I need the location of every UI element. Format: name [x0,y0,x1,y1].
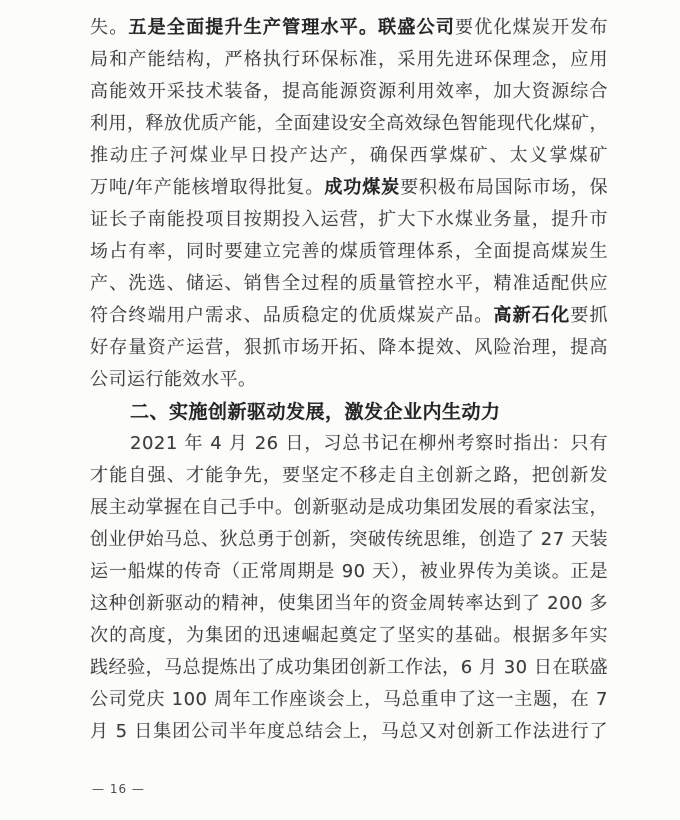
text-line: 高能效开采技术装备，提高能源资源利用效率，加大资源综合 [90,76,608,108]
text-run: 符合终端用户需求、品质稳定的优质煤炭产品。 [90,305,493,326]
text-line: 运一船煤的传奇（正常周期是 90 天），被业界传为美谈。正是 [90,556,608,588]
text-run: 这种创新驱动的精神，使集团当年的资金周转率达到了 200 多 [90,593,608,614]
text-run: 利用，释放优质产能，全面建设安全高效绿色智能现代化煤矿， [90,113,608,134]
text-run: 要抓 [570,305,608,326]
text-line: 次的高度，为集团的迅速崛起奠定了坚实的基础。根据多年实 [90,620,608,652]
text-run: 高新石化 [493,305,570,326]
text-line: 展主动掌握在自己手中。创新驱动是成功集团发展的看家法宝， [90,492,608,524]
document-body: 失。五是全面提升生产管理水平。联盛公司要优化煤炭开发布局和产能结构，严格执行环保… [90,12,608,748]
text-run: 践经验，马总提炼出了成功集团创新工作法，6 月 30 日在联盛 [90,657,608,678]
text-line: 公司党庆 100 周年工作座谈会上，马总重申了这一主题，在 7 [90,684,608,716]
text-line: 才能自强、才能争先，要坚定不移走自主创新之路，把创新发 [90,460,608,492]
text-run: 万吨/年产能核增取得批复。 [90,177,324,198]
text-line: 月 5 日集团公司半年度总结会上，马总又对创新工作法进行了 [90,716,608,748]
text-line: 证长子南能投项目按期投入运营，扩大下水煤业务量，提升市 [90,204,608,236]
text-line: 好存量资产运营，狠抓市场开拓、降本提效、风险治理，提高 [90,332,608,364]
text-line: 这种创新驱动的精神，使集团当年的资金周转率达到了 200 多 [90,588,608,620]
text-line: 利用，释放优质产能，全面建设安全高效绿色智能现代化煤矿， [90,108,608,140]
text-line: 符合终端用户需求、品质稳定的优质煤炭产品。高新石化要抓 [90,300,608,332]
text-run: 失。 [90,17,128,38]
section-heading: 二、实施创新驱动发展，激发企业内生动力 [90,396,608,428]
text-run: 次的高度，为集团的迅速崛起奠定了坚实的基础。根据多年实 [90,625,608,646]
text-line: 场占有率，同时要建立完善的煤质管理体系，全面提高煤炭生 [90,236,608,268]
text-run: 场占有率，同时要建立完善的煤质管理体系，全面提高煤炭生 [90,241,608,262]
text-run: 要积极布局国际市场，保 [400,177,608,198]
text-run: 2021 年 4 月 26 日，习总书记在柳州考察时指出：只有创新 [90,433,608,460]
text-line: 万吨/年产能核增取得批复。成功煤炭要积极布局国际市场，保 [90,172,608,204]
text-line: 推动庄子河煤业早日投产达产，确保西掌煤矿、太义掌煤矿 120 [90,140,608,172]
text-run: 高能效开采技术装备，提高能源资源利用效率，加大资源综合 [90,81,608,102]
text-line: 践经验，马总提炼出了成功集团创新工作法，6 月 30 日在联盛 [90,652,608,684]
text-run: 展主动掌握在自己手中。创新驱动是成功集团发展的看家法宝， [90,497,608,518]
text-run: 要优化煤炭开发布 [455,17,608,38]
text-line: 公司运行能效水平。 [90,364,608,396]
text-run: 二、实施创新驱动发展，激发企业内生动力 [130,401,501,423]
text-run: 证长子南能投项目按期投入运营，扩大下水煤业务量，提升市 [90,209,608,230]
text-run: 公司党庆 100 周年工作座谈会上，马总重申了这一主题，在 7 [90,689,608,710]
text-run: 月 5 日集团公司半年度总结会上，马总又对创新工作法进行了 [90,721,608,742]
text-run: 运一船煤的传奇（正常周期是 90 天），被业界传为美谈。正是 [90,561,608,582]
text-run: 产、洗选、储运、销售全过程的质量管控水平，精准适配供应 [90,273,608,294]
text-run: 五是全面提升生产管理水平。联盛公司 [128,17,455,38]
text-run: 创业伊始马总、狄总勇于创新，突破传统思维，创造了 27 天装 [90,529,608,550]
text-run: 推动庄子河煤业早日投产达产，确保西掌煤矿、太义掌煤矿 120 [90,145,608,172]
text-run: 公司运行能效水平。 [90,369,257,390]
text-line: 产、洗选、储运、销售全过程的质量管控水平，精准适配供应 [90,268,608,300]
document-page: 失。五是全面提升生产管理水平。联盛公司要优化煤炭开发布局和产能结构，严格执行环保… [0,0,680,820]
text-run: 好存量资产运营，狠抓市场开拓、降本提效、风险治理，提高 [90,337,608,358]
text-line: 2021 年 4 月 26 日，习总书记在柳州考察时指出：只有创新 [90,428,608,460]
text-run: 成功煤炭 [324,177,400,198]
text-run: 才能自强、才能争先，要坚定不移走自主创新之路，把创新发 [90,465,608,486]
page-number-footer: — 16 — [92,782,145,796]
text-line: 局和产能结构，严格执行环保标准，采用先进环保理念，应用 [90,44,608,76]
text-run: 局和产能结构，严格执行环保标准，采用先进环保理念，应用 [90,49,608,70]
text-line: 创业伊始马总、狄总勇于创新，突破传统思维，创造了 27 天装 [90,524,608,556]
text-line: 失。五是全面提升生产管理水平。联盛公司要优化煤炭开发布 [90,12,608,44]
